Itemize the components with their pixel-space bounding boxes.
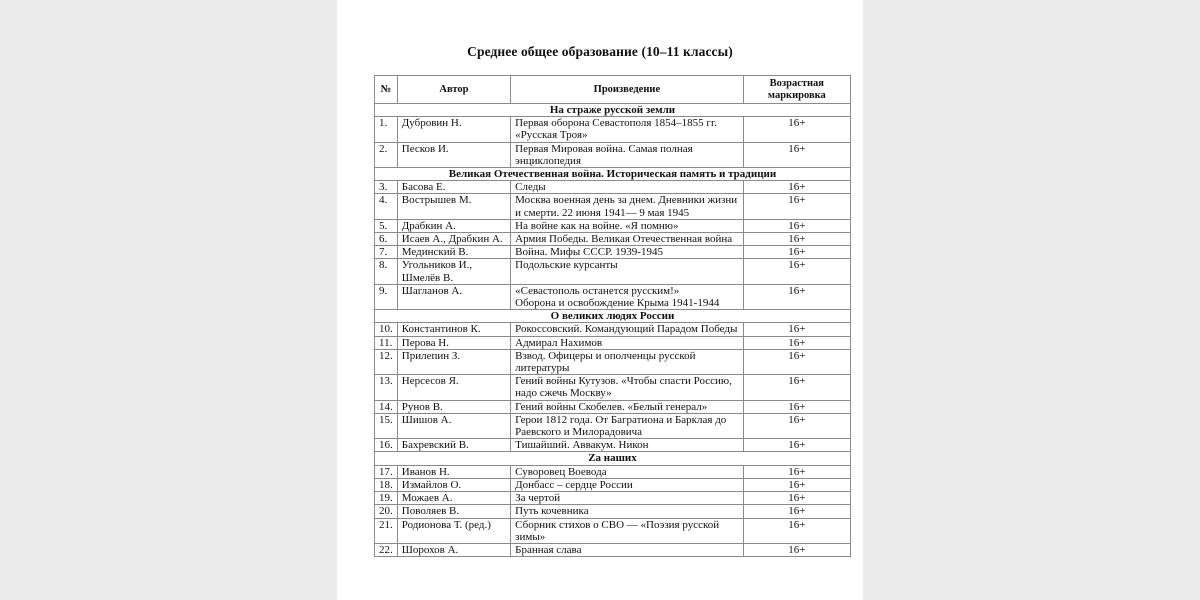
cell-age: 16+ xyxy=(743,518,850,543)
cell-work: Следы xyxy=(511,181,744,194)
table-row: 14.Рунов В.Гений войны Скобелев. «Белый … xyxy=(375,400,851,413)
table-header-row: № Автор Произведение Возрастная маркиров… xyxy=(375,76,851,104)
cell-age: 16+ xyxy=(743,219,850,232)
cell-age: 16+ xyxy=(743,400,850,413)
cell-num: 18. xyxy=(375,478,398,491)
section-header-row: Zа наших xyxy=(375,452,851,465)
cell-work: Подольские курсанты xyxy=(511,259,744,284)
cell-work: Бранная слава xyxy=(511,543,744,556)
cell-work: Донбасс – сердце России xyxy=(511,478,744,491)
cell-age: 16+ xyxy=(743,543,850,556)
table-row: 17.Иванов Н.Суворовец Воевода16+ xyxy=(375,465,851,478)
cell-work: Армия Победы. Великая Отечественная войн… xyxy=(511,233,744,246)
cell-num: 15. xyxy=(375,413,398,438)
cell-author: Угольников И., Шмелёв В. xyxy=(397,259,510,284)
cell-author: Иванов Н. xyxy=(397,465,510,478)
cell-num: 4. xyxy=(375,194,398,219)
cell-author: Вострышев М. xyxy=(397,194,510,219)
section-title: Великая Отечественная война. Историческа… xyxy=(375,168,851,181)
cell-age: 16+ xyxy=(743,465,850,478)
cell-work: Тишайший. Аввакум. Никон xyxy=(511,439,744,452)
table-row: 5.Драбкин А.На войне как на войне. «Я по… xyxy=(375,219,851,232)
table-row: 20.Поволяев В.Путь кочевника16+ xyxy=(375,505,851,518)
table-row: 1.Дубровин Н.Первая оборона Севастополя … xyxy=(375,117,851,142)
cell-age: 16+ xyxy=(743,181,850,194)
cell-author: Можаев А. xyxy=(397,492,510,505)
cell-age: 16+ xyxy=(743,246,850,259)
table-row: 11.Перова Н.Адмирал Нахимов16+ xyxy=(375,336,851,349)
cell-age: 16+ xyxy=(743,349,850,374)
cell-num: 3. xyxy=(375,181,398,194)
section-header-row: На страже русской земли xyxy=(375,104,851,117)
cell-work: За чертой xyxy=(511,492,744,505)
table-row: 10.Константинов К.Рокоссовский. Командую… xyxy=(375,323,851,336)
cell-work: На войне как на войне. «Я помню» xyxy=(511,219,744,232)
table-row: 16.Бахревский В.Тишайший. Аввакум. Никон… xyxy=(375,439,851,452)
cell-age: 16+ xyxy=(743,478,850,491)
cell-age: 16+ xyxy=(743,233,850,246)
cell-age: 16+ xyxy=(743,284,850,309)
cell-author: Бахревский В. xyxy=(397,439,510,452)
cell-author: Шишов А. xyxy=(397,413,510,438)
table-row: 8.Угольников И., Шмелёв В.Подольские кур… xyxy=(375,259,851,284)
cell-age: 16+ xyxy=(743,413,850,438)
cell-work: Война. Мифы СССР. 1939-1945 xyxy=(511,246,744,259)
header-age: Возрастная маркировка xyxy=(743,76,850,104)
cell-work: Гений войны Скобелев. «Белый генерал» xyxy=(511,400,744,413)
cell-num: 22. xyxy=(375,543,398,556)
cell-author: Песков И. xyxy=(397,142,510,167)
table-row: 13.Нерсесов Я.Гений войны Кутузов. «Чтоб… xyxy=(375,375,851,400)
cell-num: 5. xyxy=(375,219,398,232)
cell-age: 16+ xyxy=(743,492,850,505)
cell-num: 16. xyxy=(375,439,398,452)
cell-num: 13. xyxy=(375,375,398,400)
cell-author: Дубровин Н. xyxy=(397,117,510,142)
cell-author: Исаев А., Драбкин А. xyxy=(397,233,510,246)
cell-work: Первая оборона Севастополя 1854–1855 гг.… xyxy=(511,117,744,142)
cell-work: Путь кочевника xyxy=(511,505,744,518)
cell-num: 14. xyxy=(375,400,398,413)
cell-num: 12. xyxy=(375,349,398,374)
cell-author: Нерсесов Я. xyxy=(397,375,510,400)
header-work: Произведение xyxy=(511,76,744,104)
cell-num: 2. xyxy=(375,142,398,167)
table-body: На страже русской земли1.Дубровин Н.Перв… xyxy=(375,104,851,557)
cell-num: 11. xyxy=(375,336,398,349)
header-author: Автор xyxy=(397,76,510,104)
cell-num: 19. xyxy=(375,492,398,505)
section-title: О великих людях России xyxy=(375,310,851,323)
cell-author: Прилепин З. xyxy=(397,349,510,374)
cell-age: 16+ xyxy=(743,259,850,284)
cell-author: Поволяев В. xyxy=(397,505,510,518)
cell-num: 7. xyxy=(375,246,398,259)
cell-num: 10. xyxy=(375,323,398,336)
cell-work: Рокоссовский. Командующий Парадом Победы xyxy=(511,323,744,336)
cell-age: 16+ xyxy=(743,323,850,336)
document-page: Среднее общее образование (10–11 классы)… xyxy=(337,0,863,600)
cell-num: 8. xyxy=(375,259,398,284)
cell-age: 16+ xyxy=(743,142,850,167)
cell-author: Драбкин А. xyxy=(397,219,510,232)
cell-age: 16+ xyxy=(743,505,850,518)
cell-work: Адмирал Нахимов xyxy=(511,336,744,349)
table-row: 2.Песков И.Первая Мировая война. Самая п… xyxy=(375,142,851,167)
cell-author: Басова Е. xyxy=(397,181,510,194)
cell-work: Взвод. Офицеры и ополченцы русской литер… xyxy=(511,349,744,374)
table-row: 3.Басова Е.Следы16+ xyxy=(375,181,851,194)
cell-work: Москва военная день за днем. Дневники жи… xyxy=(511,194,744,219)
cell-author: Шорохов А. xyxy=(397,543,510,556)
cell-num: 17. xyxy=(375,465,398,478)
table-row: 18.Измайлов О.Донбасс – сердце России16+ xyxy=(375,478,851,491)
cell-num: 9. xyxy=(375,284,398,309)
section-title: На страже русской земли xyxy=(375,104,851,117)
section-header-row: Великая Отечественная война. Историческа… xyxy=(375,168,851,181)
cell-age: 16+ xyxy=(743,117,850,142)
cell-work: Герои 1812 года. От Багратиона и Барклая… xyxy=(511,413,744,438)
section-header-row: О великих людях России xyxy=(375,310,851,323)
cell-num: 20. xyxy=(375,505,398,518)
table-row: 7.Мединский В.Война. Мифы СССР. 1939-194… xyxy=(375,246,851,259)
cell-author: Константинов К. xyxy=(397,323,510,336)
page-title: Среднее общее образование (10–11 классы) xyxy=(337,44,863,60)
table-row: 9.Шагланов А.«Севастополь останется русс… xyxy=(375,284,851,309)
reading-list-table: № Автор Произведение Возрастная маркиров… xyxy=(374,75,851,557)
header-num: № xyxy=(375,76,398,104)
cell-num: 1. xyxy=(375,117,398,142)
cell-age: 16+ xyxy=(743,336,850,349)
cell-author: Мединский В. xyxy=(397,246,510,259)
table-row: 4.Вострышев М.Москва военная день за дне… xyxy=(375,194,851,219)
cell-work: Гений войны Кутузов. «Чтобы спасти Росси… xyxy=(511,375,744,400)
table-row: 19.Можаев А.За чертой16+ xyxy=(375,492,851,505)
table-row: 6.Исаев А., Драбкин А.Армия Победы. Вели… xyxy=(375,233,851,246)
cell-work: Сборник стихов о СВО — «Поэзия русской з… xyxy=(511,518,744,543)
cell-author: Перова Н. xyxy=(397,336,510,349)
cell-author: Рунов В. xyxy=(397,400,510,413)
cell-work: Суворовец Воевода xyxy=(511,465,744,478)
table-row: 15.Шишов А.Герои 1812 года. От Багратион… xyxy=(375,413,851,438)
table-row: 22.Шорохов А.Бранная слава16+ xyxy=(375,543,851,556)
cell-work: «Севастополь останется русским!»Оборона … xyxy=(511,284,744,309)
cell-age: 16+ xyxy=(743,439,850,452)
cell-work: Первая Мировая война. Самая полная энцик… xyxy=(511,142,744,167)
cell-author: Шагланов А. xyxy=(397,284,510,309)
cell-age: 16+ xyxy=(743,194,850,219)
cell-author: Родионова Т. (ред.) xyxy=(397,518,510,543)
cell-author: Измайлов О. xyxy=(397,478,510,491)
table-row: 21.Родионова Т. (ред.)Сборник стихов о С… xyxy=(375,518,851,543)
cell-num: 6. xyxy=(375,233,398,246)
section-title: Zа наших xyxy=(375,452,851,465)
cell-age: 16+ xyxy=(743,375,850,400)
cell-num: 21. xyxy=(375,518,398,543)
table-row: 12.Прилепин З.Взвод. Офицеры и ополченцы… xyxy=(375,349,851,374)
